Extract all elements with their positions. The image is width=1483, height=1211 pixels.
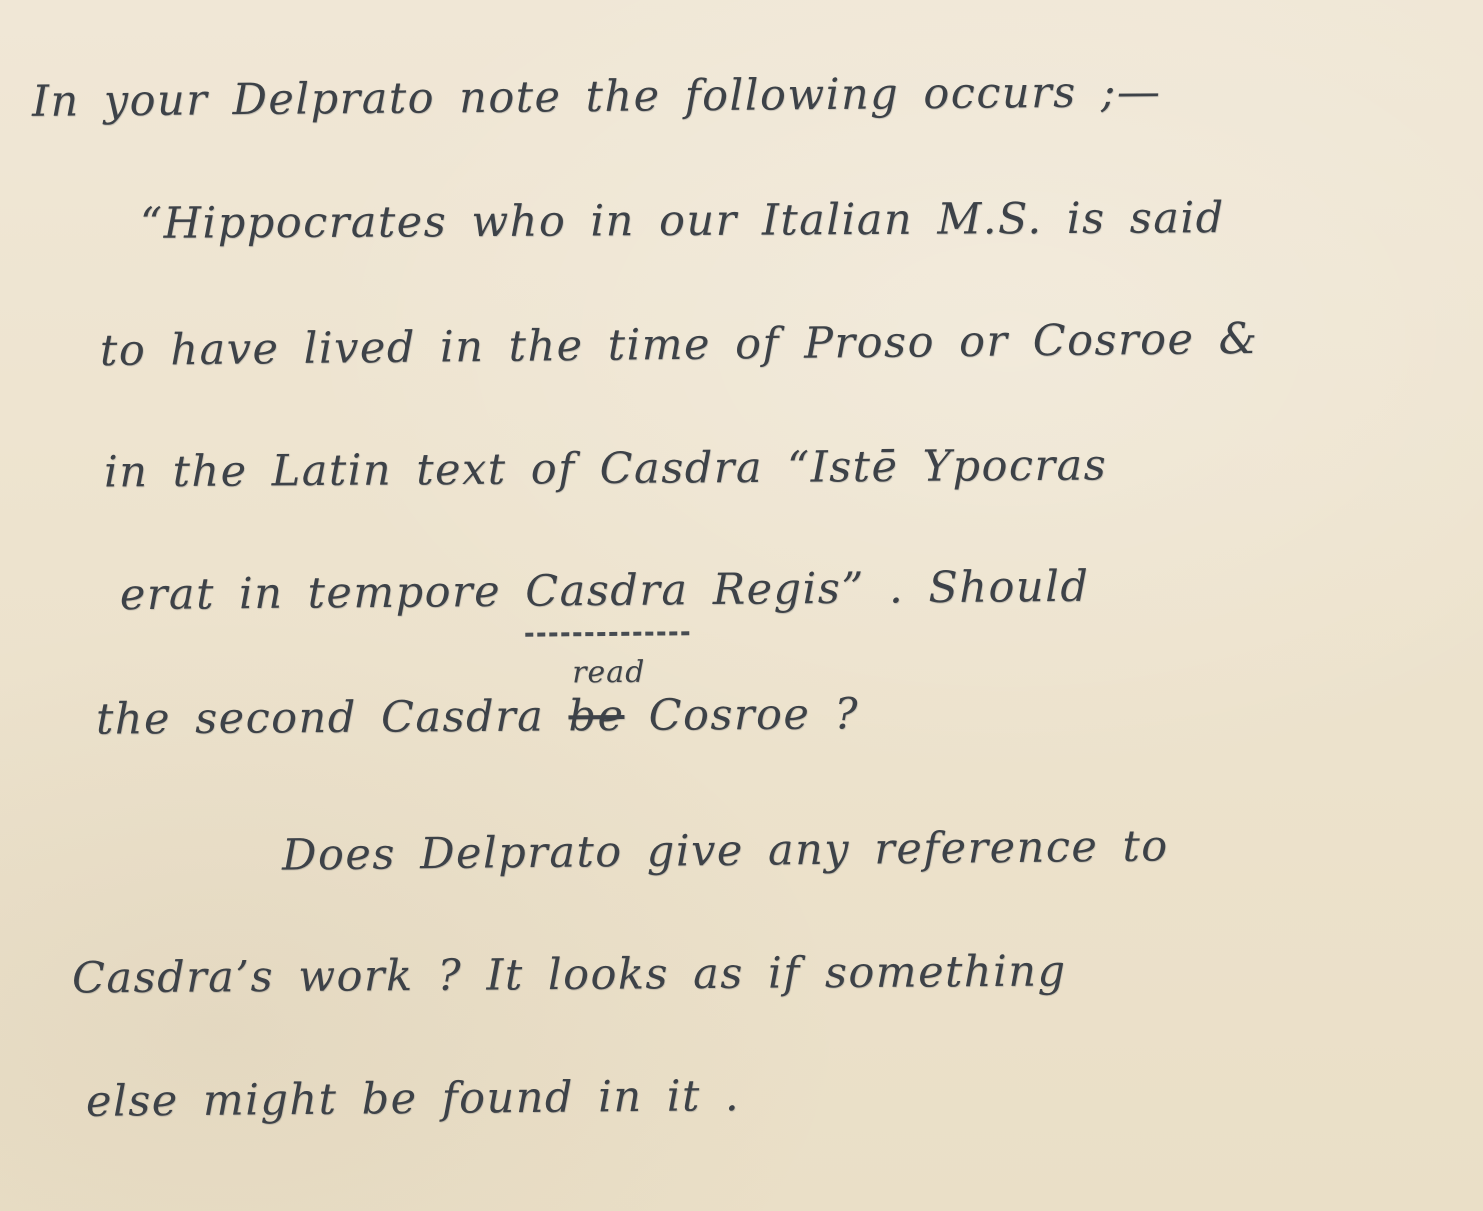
- line6-pre: the second Casdra: [96, 691, 569, 744]
- handwriting-line-7: Does Delprato give any reference to: [282, 821, 1169, 880]
- handwriting-line-5: erat in tempore Casdra Regis” . Should: [120, 562, 1090, 640]
- line5-post: Regis” . Should: [688, 562, 1089, 615]
- handwriting-line-9: else might be found in it .: [86, 1071, 741, 1127]
- line6-post: Cosroe ?: [624, 689, 859, 741]
- line5-pre: erat in tempore: [120, 567, 526, 621]
- handwriting-line-8: Casdra’s work ? It looks as if something: [72, 947, 1067, 1004]
- handwriting-line-2: “Hippocrates who in our Italian M.S. is …: [140, 193, 1225, 249]
- handwriting-line-3: to have lived in the time of Proso or Co…: [100, 314, 1259, 376]
- handwriting-line-1: In your Delprato note the following occu…: [32, 67, 1162, 127]
- handwriting-line-6: the second Casdra readbe Cosroe ?: [96, 689, 859, 744]
- correction-group: readbe: [568, 691, 624, 741]
- inserted-word-above: read: [572, 655, 645, 691]
- handwriting-line-4: in the Latin text of Casdra “Istē Ypocra…: [104, 440, 1108, 497]
- manuscript-page: In your Delprato note the following occu…: [0, 0, 1483, 1211]
- dotted-underlined-word: Casdra: [525, 565, 689, 636]
- struck-through-word: be: [568, 691, 624, 741]
